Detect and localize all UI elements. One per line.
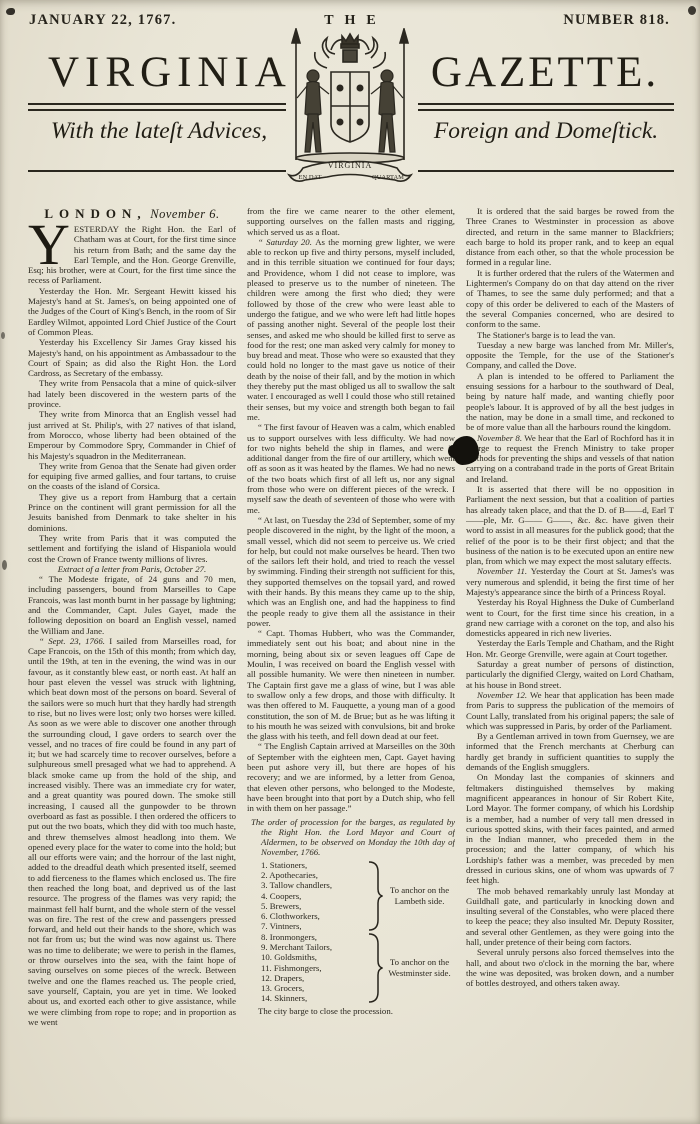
dateline-date: November 6. [147, 207, 220, 221]
ink-speck [1, 332, 5, 339]
paragraph: The Stationer's barge is to lead the van… [466, 330, 674, 340]
ink-speck [6, 8, 15, 15]
paragraph: “ Sept. 23, 1766. I sailed from Marseill… [28, 636, 236, 1027]
procession-group: 8. Ironmongers,9. Merchant Tailors,10. G… [261, 932, 455, 1004]
paragraph: They write from Minorca that an English … [28, 409, 236, 460]
column-1: LONDON, November 6.YESTERDAY the Right H… [28, 206, 236, 1118]
list-item: 14. Skinners, [261, 993, 367, 1003]
ink-speck [688, 6, 696, 15]
paragraph: Saturday a great number of persons of di… [466, 659, 674, 690]
paragraph: On Monday last the companies of skinners… [466, 772, 674, 885]
list-item: 5. Brewers, [261, 901, 367, 911]
list-item: 7. Vintners, [261, 921, 367, 931]
crown-icon [341, 34, 359, 48]
list-item: 2. Apothecaries, [261, 870, 367, 880]
paragraph: Yesterday his Excellency Sir James Gray … [28, 337, 236, 378]
procession-group: 1. Stationers,2. Apothecaries,3. Tallow … [261, 860, 455, 932]
list-item: 11. Fishmongers, [261, 963, 367, 973]
procession-list: 1. Stationers,2. Apothecaries,3. Tallow … [247, 860, 455, 1004]
paragraph-lead: “ Sept. 23, 1766. [39, 636, 109, 646]
double-rule-right [418, 103, 674, 111]
paragraph: It is asserted that there will be no opp… [466, 484, 674, 566]
masthead: JANUARY 22, 1767. THE NUMBER 818. VIRGIN… [0, 0, 700, 204]
title-gazette: GAZETTE. [416, 48, 674, 97]
brace-icon [367, 932, 384, 1004]
dateline-place: LONDON, [44, 206, 146, 221]
paragraph: “ Capt. Thomas Hubbert, who was the Comm… [247, 628, 455, 741]
paragraph: A plan is intended to be offered to Parl… [466, 371, 674, 433]
article-columns: LONDON, November 6.YESTERDAY the Right H… [28, 206, 674, 1118]
paragraph: “ The first favour of Heaven was a calm,… [247, 422, 455, 515]
paragraph: By a Gentleman arrived in town from Guer… [466, 731, 674, 772]
list-item: 10. Goldsmiths, [261, 952, 367, 962]
paragraph: They write from Genoa that the Senate ha… [28, 461, 236, 492]
crest-scroll-en-dat: EN DAT [299, 174, 322, 181]
paragraph: It is ordered that the said barges be ro… [466, 206, 674, 268]
drop-cap: Y [28, 224, 74, 265]
dateline: LONDON, November 6. [28, 206, 236, 222]
paragraph: Yesterday the Hon. Mr. Sergeant Hewitt k… [28, 286, 236, 337]
tagline-left: With the lateſt Advices, [28, 118, 290, 145]
paragraph: “ At last, on Tuesday the 23d of Septemb… [247, 515, 455, 628]
supporter-left [297, 70, 329, 152]
crest-scroll-virginia: VIRGINIA [328, 161, 372, 170]
list-item: 8. Ironmongers, [261, 932, 367, 942]
paragraph: It is further ordered that the rulers of… [466, 268, 674, 330]
paragraph: They give us a report from Hamburg that … [28, 492, 236, 533]
paragraph: They write from Paris that it was comput… [28, 533, 236, 564]
paragraph: Yesterday his Royal Highness the Duke of… [466, 597, 674, 638]
paragraph: “ The English Captain arrived at Marseil… [247, 741, 455, 813]
paragraph: “ Saturday 20. As the morning grew light… [247, 237, 455, 422]
paragraph: November 8. We hear that the Earl of Roc… [466, 433, 674, 484]
issue-number: NUMBER 818. [563, 12, 670, 29]
list-item: 4. Coopers, [261, 891, 367, 901]
paragraph: The city barge to close the procession. [247, 1006, 455, 1016]
paragraph: The mob behaved remarkably unruly last M… [466, 886, 674, 948]
single-rule-right [418, 170, 674, 172]
paragraph: from the fire we came nearer to the othe… [247, 206, 455, 237]
extract-heading: Extract of a letter from Paris, October … [28, 564, 236, 574]
paragraph: Yesterday the Earls Temple and Chatham, … [466, 638, 674, 659]
ink-blot [452, 436, 479, 465]
list-item: 9. Merchant Tailors, [261, 942, 367, 952]
double-rule-left [28, 103, 286, 111]
paragraph-lead: “ Saturday 20. [258, 237, 315, 247]
procession-items: 8. Ironmongers,9. Merchant Tailors,10. G… [261, 932, 367, 1004]
paragraph: “ The Modeste frigate, of 24 guns and 70… [28, 574, 236, 636]
crest-scroll-quartam: QUARTAM [372, 174, 404, 181]
paragraph: Several unruly persons also forced thems… [466, 947, 674, 988]
procession-items: 1. Stationers,2. Apothecaries,3. Tallow … [261, 860, 367, 932]
paragraph: Tuesday a new barge was lanched from Mr.… [466, 340, 674, 371]
ink-speck [2, 560, 7, 570]
paragraph: November 12. We hear that application ha… [466, 690, 674, 731]
helm [343, 50, 357, 62]
column-2: from the fire we came nearer to the othe… [247, 206, 455, 1118]
list-item: 3. Tallow chandlers, [261, 880, 367, 890]
list-item: 13. Grocers, [261, 983, 367, 993]
anchor-label: To anchor on the Westminster side. [384, 957, 455, 978]
tagline-right: Foreign and Domeſtick. [416, 118, 676, 145]
lead-paragraph: YESTERDAY the Right Hon. the Earl of Cha… [28, 224, 236, 286]
paragraph: They write from Pensacola that a mine of… [28, 378, 236, 409]
anchor-label: To anchor on the Lambeth side. [384, 885, 455, 906]
supporter-right [371, 70, 403, 152]
brace-icon [367, 860, 384, 932]
virginia-coat-of-arms-icon: VIRGINIA EN DAT QUARTAM [283, 28, 417, 194]
paragraph-lead: November 12. [477, 690, 530, 700]
newspaper-page: JANUARY 22, 1767. THE NUMBER 818. VIRGIN… [0, 0, 700, 1124]
shield [331, 72, 369, 142]
paragraph-lead: November 11. [477, 566, 531, 576]
paragraph-lead: November 8. [477, 433, 524, 443]
single-rule-left [28, 170, 286, 172]
paragraph: November 11. Yesterday the Court at St. … [466, 566, 674, 597]
list-item: 1. Stationers, [261, 860, 367, 870]
procession-heading: The order of procession for the barges, … [247, 817, 455, 858]
list-item: 6. Clothworkers, [261, 911, 367, 921]
column-3: It is ordered that the said barges be ro… [466, 206, 674, 1118]
title-virginia: VIRGINIA [48, 48, 286, 97]
list-item: 12. Drapers, [261, 973, 367, 983]
